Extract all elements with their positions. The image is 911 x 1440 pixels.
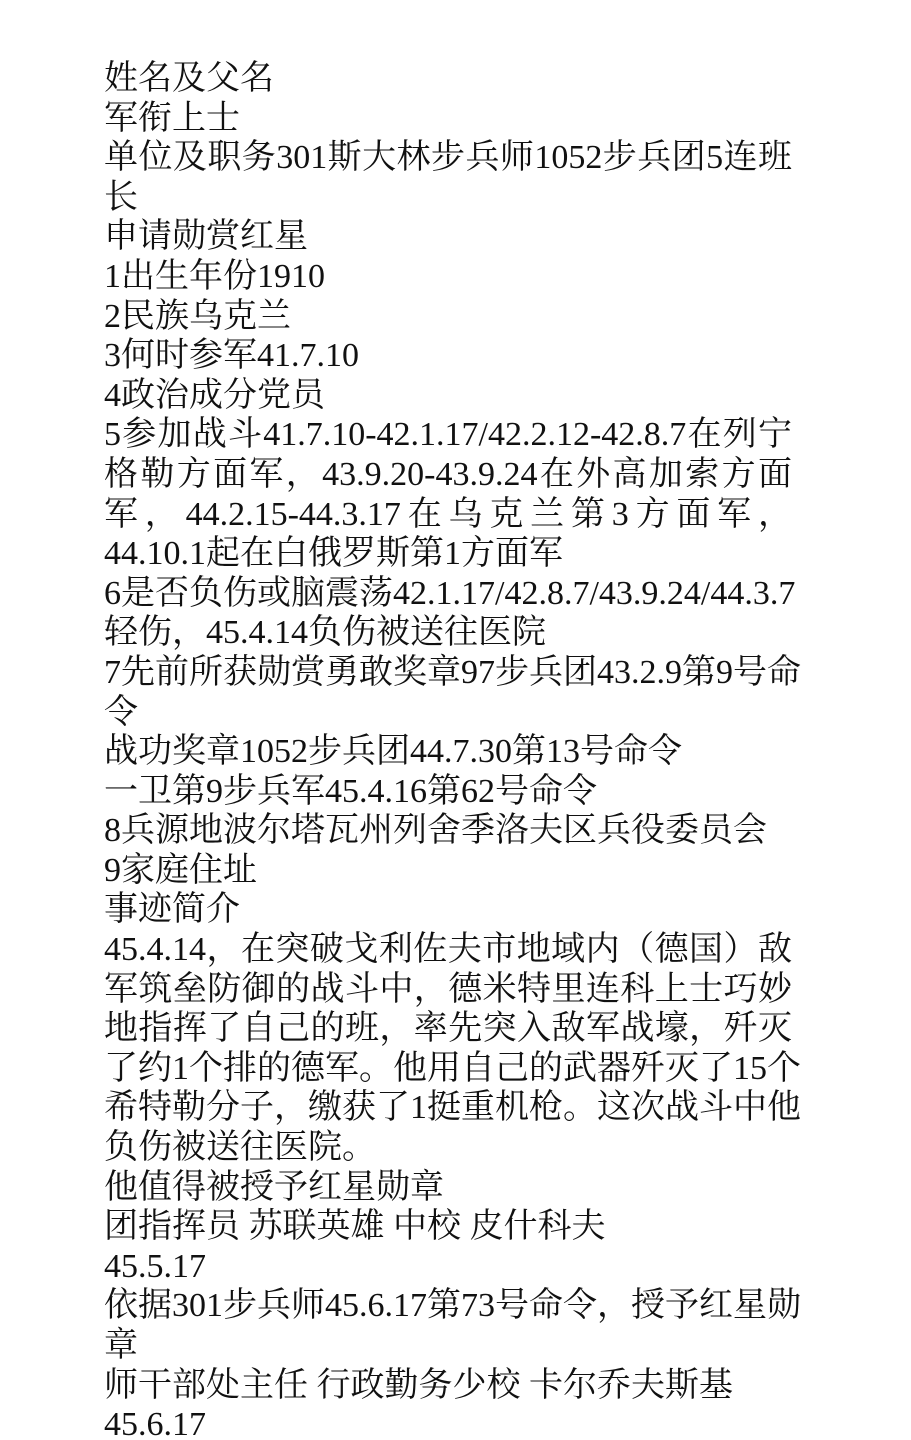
text-line: 依据301步兵师45.6.17第73号命令，授予红星勋 [104, 1286, 792, 1326]
text-line: 9家庭住址 [104, 851, 792, 891]
text-line: 44.10.1起在白俄罗斯第1方面军 [104, 534, 792, 574]
text-line: 团指挥员 苏联英雄 中校 皮什科夫 [104, 1207, 792, 1247]
document-page: 姓名及父名军衔上士单位及职务301斯大林步兵师1052步兵团5连班长申请勋赏红星… [104, 59, 792, 1440]
text-line: 军，44.2.15-44.3.17在乌克兰第3方面军， [104, 495, 792, 535]
text-line: 申请勋赏红星 [104, 217, 792, 257]
text-line: 令 [104, 693, 792, 733]
text-line: 他值得被授予红星勋章 [104, 1168, 792, 1208]
text-line: 姓名及父名 [104, 59, 792, 99]
text-line: 7先前所获勋赏勇敢奖章97步兵团43.2.9第9号命 [104, 653, 792, 693]
text-line: 军筑垒防御的战斗中，德米特里连科上士巧妙 [104, 970, 792, 1010]
text-line: 4政治成分党员 [104, 376, 792, 416]
text-line: 长 [104, 178, 792, 218]
text-line: 单位及职务301斯大林步兵师1052步兵团5连班 [104, 138, 792, 178]
text-line: 5参加战斗41.7.10-42.1.17/42.2.12-42.8.7在列宁 [104, 415, 792, 455]
text-line: 一卫第9步兵军45.4.16第62号命令 [104, 772, 792, 812]
text-line: 2民族乌克兰 [104, 297, 792, 337]
text-line: 45.4.14，在突破戈利佐夫市地域内（德国）敌 [104, 930, 792, 970]
text-line: 45.5.17 [104, 1247, 792, 1287]
text-line: 了约1个排的德军。他用自己的武器歼灭了15个 [104, 1049, 792, 1089]
text-line: 45.6.17 [104, 1405, 792, 1440]
text-line: 地指挥了自己的班，率先突入敌军战壕，歼灭 [104, 1009, 792, 1049]
text-line: 3何时参军41.7.10 [104, 336, 792, 376]
text-line: 1出生年份1910 [104, 257, 792, 297]
text-line: 事迹简介 [104, 890, 792, 930]
text-line: 负伤被送往医院。 [104, 1128, 792, 1168]
text-line: 师干部处主任 行政勤务少校 卡尔乔夫斯基 [104, 1366, 792, 1406]
text-line: 章 [104, 1326, 792, 1366]
text-line: 格勒方面军，43.9.20-43.9.24在外高加索方面 [104, 455, 792, 495]
text-line: 8兵源地波尔塔瓦州列舍季洛夫区兵役委员会 [104, 811, 792, 851]
text-line: 战功奖章1052步兵团44.7.30第13号命令 [104, 732, 792, 772]
text-line: 轻伤，45.4.14负伤被送往医院 [104, 613, 792, 653]
text-line: 希特勒分子，缴获了1挺重机枪。这次战斗中他 [104, 1088, 792, 1128]
text-line: 6是否负伤或脑震荡42.1.17/42.8.7/43.9.24/44.3.7 [104, 574, 792, 614]
text-line: 军衔上士 [104, 99, 792, 139]
